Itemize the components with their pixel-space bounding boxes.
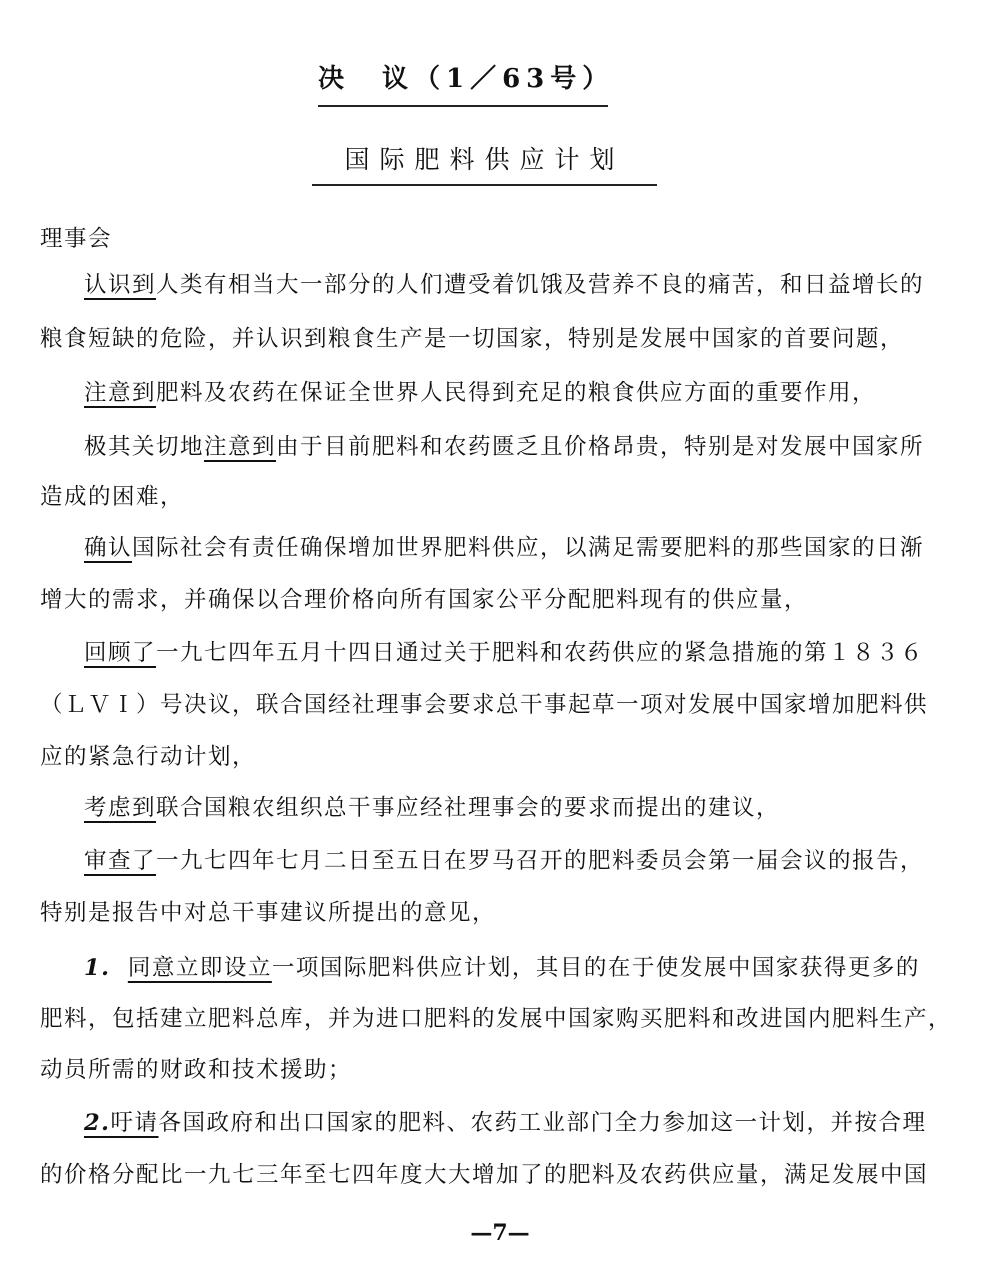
paragraph-5-line-2: （ＬＶＩ）号决议，联合国经社理事会要求总干事起草一项对发展中国家增加肥料供: [40, 690, 928, 720]
underlined-keyword: 认识到: [84, 272, 156, 298]
paragraph-6-line-1: 考虑到联合国粮农组织总干事应经社理事会的要求而提出的建议，: [84, 793, 780, 823]
paragraph-4-line-2: 增大的需求，并确保以合理价格向所有国家公平分配肥料现有的供应量，: [40, 585, 808, 615]
underlined-keyword: 考虑到: [84, 795, 156, 821]
operative-clause-1-line-1: 1. 同意立即设立一项国际肥料供应计划，其目的在于使发展中国家获得更多的: [84, 953, 920, 983]
operative-clause-2-line-1: 2.吁请各国政府和出口国家的肥料、农药工业部门全力参加这一计划，并按合理: [84, 1108, 927, 1138]
operative-clause-1-line-2: 肥料，包括建立肥料总库，并为进口肥料的发展中国家购买肥料和改进国内肥料生产，: [40, 1004, 952, 1034]
underlined-keyword: 审查了: [84, 848, 156, 874]
clause-number: 2.: [84, 1110, 111, 1136]
page-number: —7—: [460, 1220, 540, 1246]
underlined-keyword: 确认: [84, 535, 132, 561]
underlined-keyword: 注意到: [84, 380, 156, 406]
paragraph-3-line-2: 造成的困难，: [40, 482, 184, 512]
paragraph-3-line-1: 极其关切地注意到由于目前肥料和农药匮乏且价格昂贵，特别是对发展中国家所: [84, 432, 924, 462]
paragraph-5-line-1: 回顾了一九七四年五月十四日通过关于肥料和农药供应的紧急措施的第１８３６: [84, 638, 924, 668]
clause-number: 1.: [84, 955, 111, 981]
document-page: 决 议（1／63号） 国际肥料供应计划 理事会 认识到人类有相当大一部分的人们遭…: [0, 0, 1000, 1279]
resolution-subtitle: 国际肥料供应计划: [312, 140, 657, 186]
operative-clause-2-line-2: 的价格分配比一九七三年至七四年度大大增加了的肥料及农药供应量，满足发展中国: [40, 1160, 928, 1190]
underlined-keyword: 回顾了: [84, 640, 156, 666]
underlined-keyword: 吁请: [111, 1110, 159, 1136]
underlined-keyword: 同意立即设立: [128, 955, 272, 981]
paragraph-4-line-1: 确认国际社会有责任确保增加世界肥料供应，以满足需要肥料的那些国家的日渐: [84, 533, 924, 563]
paragraph-7-line-2: 特别是报告中对总干事建议所提出的意见，: [40, 898, 496, 928]
paragraph-1-line-2: 粮食短缺的危险，并认识到粮食生产是一切国家，特别是发展中国家的首要问题，: [40, 324, 904, 354]
paragraph-2-line-1: 注意到肥料及农药在保证全世界人民得到充足的粮食供应方面的重要作用，: [84, 378, 876, 408]
paragraph-5-line-3: 应的紧急行动计划，: [40, 742, 256, 772]
body-lead: 理事会: [40, 224, 112, 254]
operative-clause-1-line-3: 动员所需的财政和技术援助；: [40, 1055, 352, 1085]
resolution-title: 决 议（1／63号）: [318, 58, 608, 107]
paragraph-7-line-1: 审查了一九七四年七月二日至五日在罗马召开的肥料委员会第一届会议的报告，: [84, 846, 924, 876]
paragraph-1-line-1: 认识到人类有相当大一部分的人们遭受着饥饿及营养不良的痛苦，和日益增长的: [84, 270, 924, 300]
underlined-keyword: 注意到: [204, 434, 276, 460]
